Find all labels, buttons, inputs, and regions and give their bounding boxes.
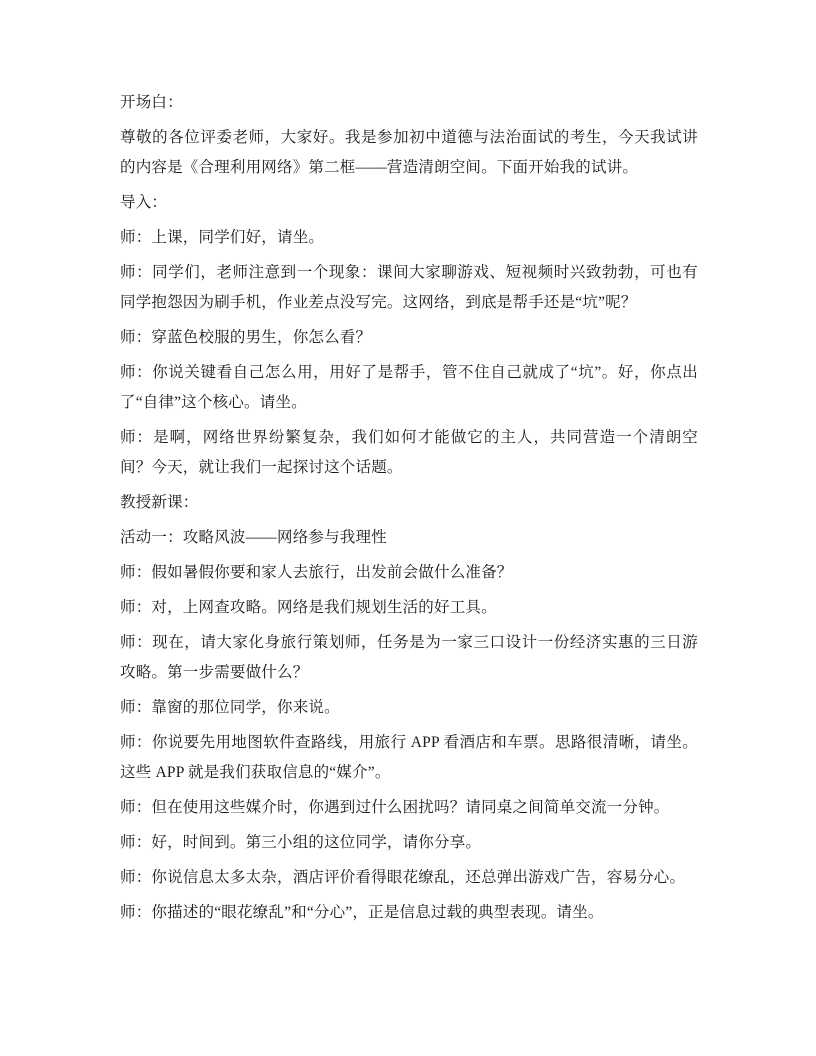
paragraph: 师：同学们，老师注意到一个现象：课间大家聊游戏、短视频时兴致勃勃，可也有同学抱怨… <box>120 258 698 318</box>
paragraph: 尊敬的各位评委老师，大家好。我是参加初中道德与法治面试的考生，今天我试讲的内容是… <box>120 123 698 183</box>
paragraph: 师：对，上网查攻略。网络是我们规划生活的好工具。 <box>120 593 698 623</box>
paragraph: 师：你说信息太多太杂，酒店评价看得眼花缭乱，还总弹出游戏广告，容易分心。 <box>120 863 698 893</box>
paragraph: 师：假如暑假你要和家人去旅行，出发前会做什么准备？ <box>120 558 698 588</box>
paragraph: 教授新课： <box>120 488 698 518</box>
paragraph: 师：上课，同学们好，请坐。 <box>120 223 698 253</box>
paragraph: 师：你说关键看自己怎么用，用好了是帮手，管不住自己就成了“坑”。好，你点出了“自… <box>120 358 698 418</box>
paragraph: 开场白： <box>120 88 698 118</box>
paragraph: 师：你说要先用地图软件查路线，用旅行 APP 看酒店和车票。思路很清晰，请坐。这… <box>120 728 698 788</box>
paragraph: 师：是啊，网络世界纷繁复杂，我们如何才能做它的主人，共同营造一个清朗空间？今天，… <box>120 423 698 483</box>
paragraph: 活动一：攻略风波——网络参与我理性 <box>120 523 698 553</box>
paragraph: 师：好，时间到。第三小组的这位同学，请你分享。 <box>120 828 698 858</box>
paragraph: 师：你描述的“眼花缭乱”和“分心”，正是信息过载的典型表现。请坐。 <box>120 898 698 928</box>
document-page: 开场白：尊敬的各位评委老师，大家好。我是参加初中道德与法治面试的考生，今天我试讲… <box>0 0 816 1056</box>
paragraph: 师：但在使用这些媒介时，你遇到过什么困扰吗？请同桌之间简单交流一分钟。 <box>120 793 698 823</box>
paragraph: 师：穿蓝色校服的男生，你怎么看？ <box>120 323 698 353</box>
document-content: 开场白：尊敬的各位评委老师，大家好。我是参加初中道德与法治面试的考生，今天我试讲… <box>120 88 698 933</box>
paragraph: 师：现在，请大家化身旅行策划师，任务是为一家三口设计一份经济实惠的三日游攻略。第… <box>120 628 698 688</box>
paragraph: 师：靠窗的那位同学，你来说。 <box>120 693 698 723</box>
paragraph: 导入： <box>120 188 698 218</box>
